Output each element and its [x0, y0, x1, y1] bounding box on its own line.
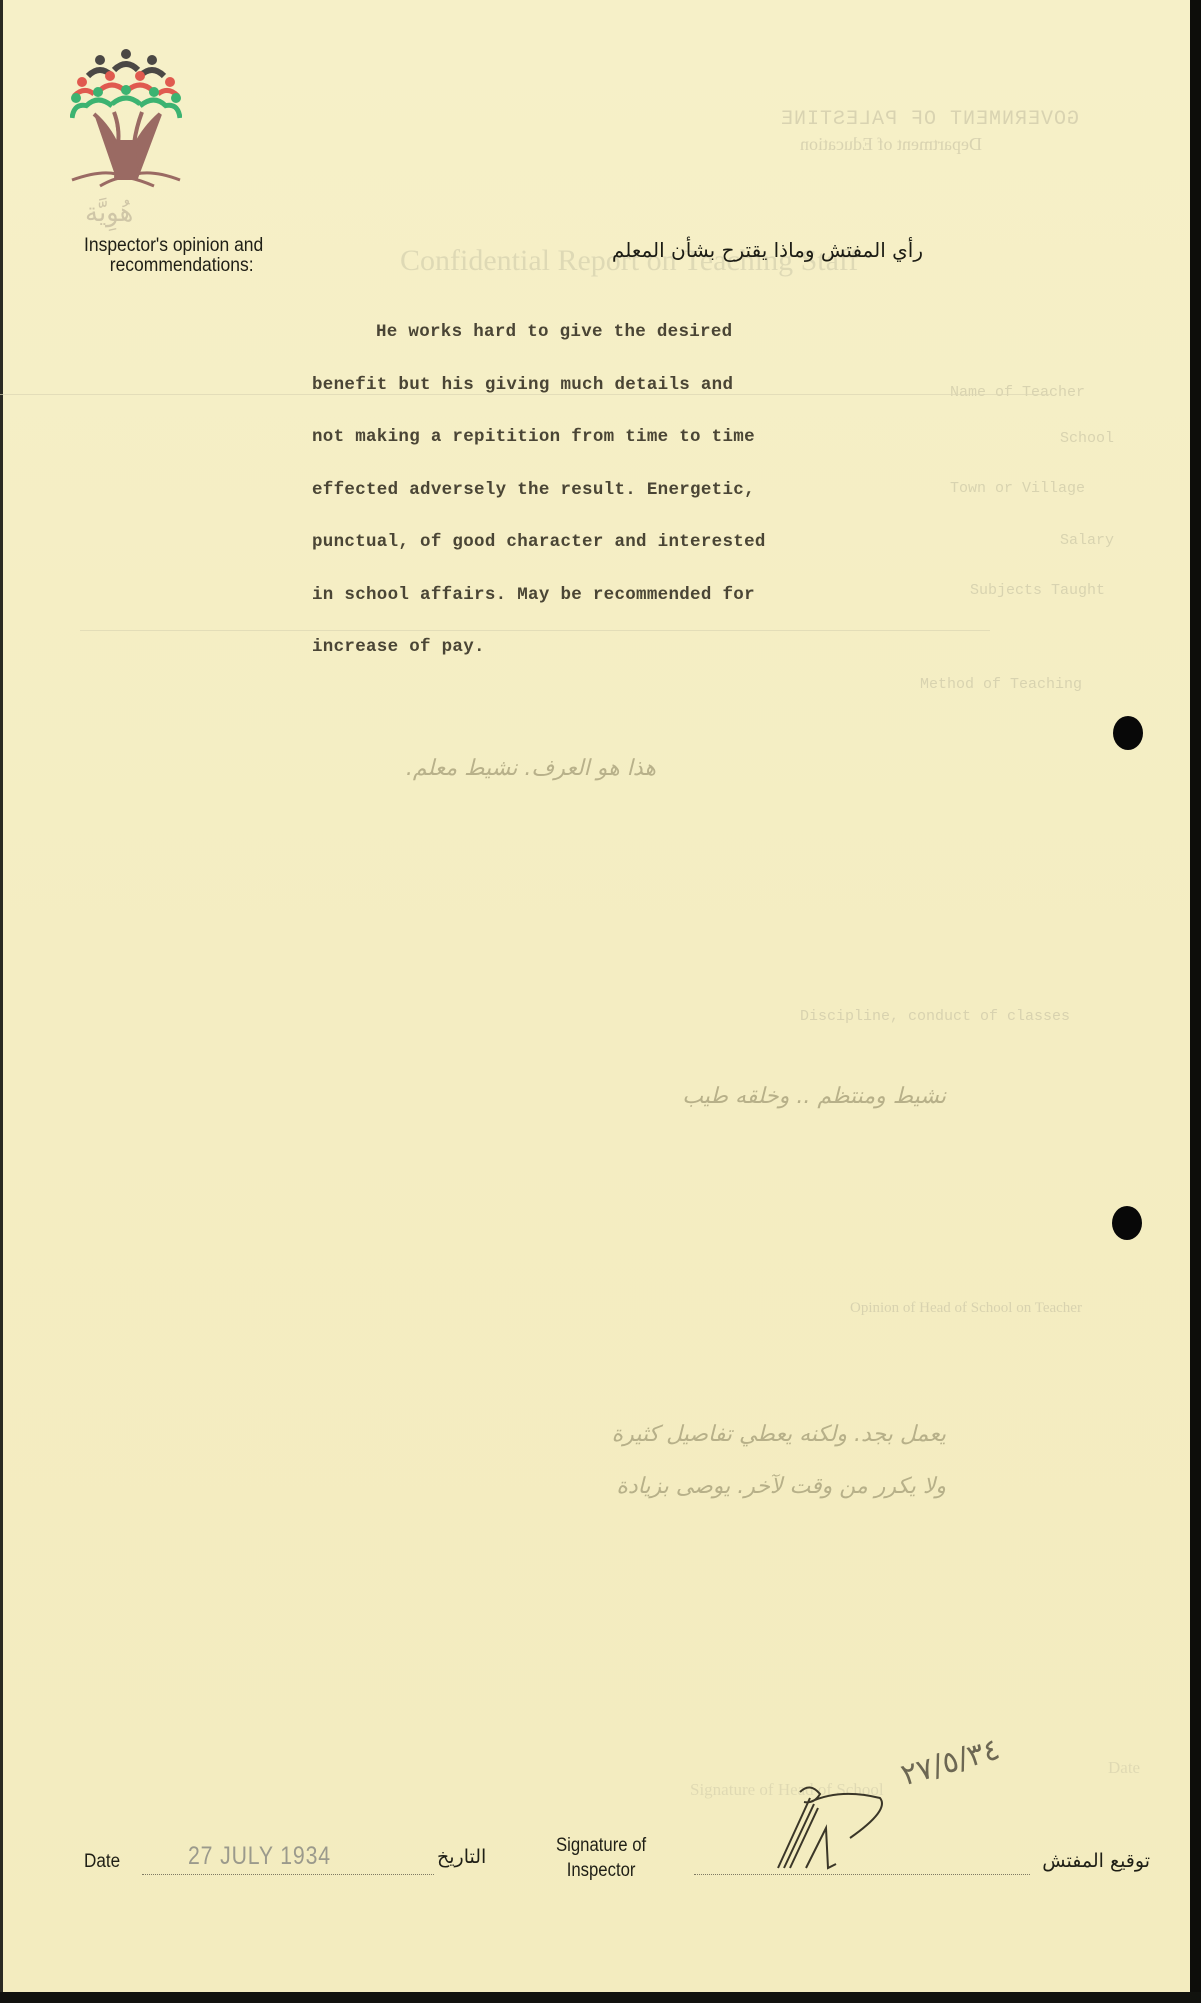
bleed-field-opinion-head: Opinion of Head of School on Teacher: [850, 1300, 1130, 1317]
typed-line: punctual, of good character and interest…: [312, 516, 952, 569]
typed-line: benefit but his giving much details and: [312, 359, 952, 412]
bleed-field-subjects: Subjects Taught: [970, 582, 1105, 599]
date-field-line: [142, 1874, 434, 1875]
signature-label: Signature of Inspector: [556, 1833, 646, 1883]
section-label-ar: رأي المفتش وماذا يقترح بشأن المعلم: [612, 238, 923, 262]
typed-line: in school affairs. May be recommended fo…: [312, 569, 952, 622]
family-tree-icon: [70, 48, 182, 188]
section-label-line1: Inspector's opinion and: [84, 236, 263, 256]
bleed-field-date: Date: [1108, 1758, 1140, 1778]
punch-hole-bottom: [1112, 1206, 1142, 1240]
scan-edge-right: [1190, 0, 1201, 2003]
typed-line: not making a repitition from time to tim…: [312, 411, 952, 464]
watermark-logo-text: هُوِيَّة: [85, 198, 133, 228]
handwritten-note-1: هذا هو العرف. نشيط معلم.: [406, 756, 656, 781]
bleed-header-line2: Department of Education: [800, 134, 982, 155]
punch-hole-top: [1113, 716, 1143, 750]
handwritten-note-3a: يعمل بجد. ولكنه يعطي تفاصيل كثيرة: [612, 1422, 946, 1447]
typed-line: increase of pay.: [312, 621, 952, 674]
date-stamp: 27 JULY 1934: [188, 1842, 331, 1871]
section-label-en: Inspector's opinion and recommendations:: [84, 236, 263, 276]
signature-label-line2: Inspector: [556, 1858, 646, 1883]
signature-label-line1: Signature of: [556, 1833, 646, 1858]
bleed-field-salary: Salary: [1060, 532, 1114, 549]
section-label-line2: recommendations:: [84, 256, 263, 276]
document-page: [0, 0, 1190, 1992]
handwritten-note-3b: ولا يكرر من وقت لآخر. يوصى بزيادة: [616, 1474, 946, 1499]
inspector-opinion-text: He works hard to give the desired benefi…: [312, 306, 952, 674]
signature-label-ar: توقيع المفتش: [1042, 1850, 1150, 1872]
bleed-field-discipline: Discipline, conduct of classes: [800, 1008, 1070, 1025]
scan-edge-left: [0, 0, 3, 2003]
bleed-field-school: School: [1060, 430, 1114, 447]
inspector-signature: [770, 1768, 950, 1878]
typed-line: effected adversely the result. Energetic…: [312, 464, 952, 517]
scan-edge-bottom: [0, 1992, 1201, 2003]
bleed-field-method: Method of Teaching: [920, 676, 1082, 693]
typed-line: He works hard to give the desired: [312, 306, 952, 359]
handwritten-note-2: نشيط ومنتظم .. وخلقه طيب: [682, 1084, 946, 1109]
date-label-ar: التاريخ: [437, 1846, 486, 1868]
bleed-field-name: Name of Teacher: [950, 384, 1085, 401]
bleed-header-line1: GOVERNMENT OF PALESTINE: [780, 108, 1079, 131]
bleed-field-town: Town or Village: [950, 480, 1085, 497]
date-label: Date: [84, 1851, 120, 1873]
